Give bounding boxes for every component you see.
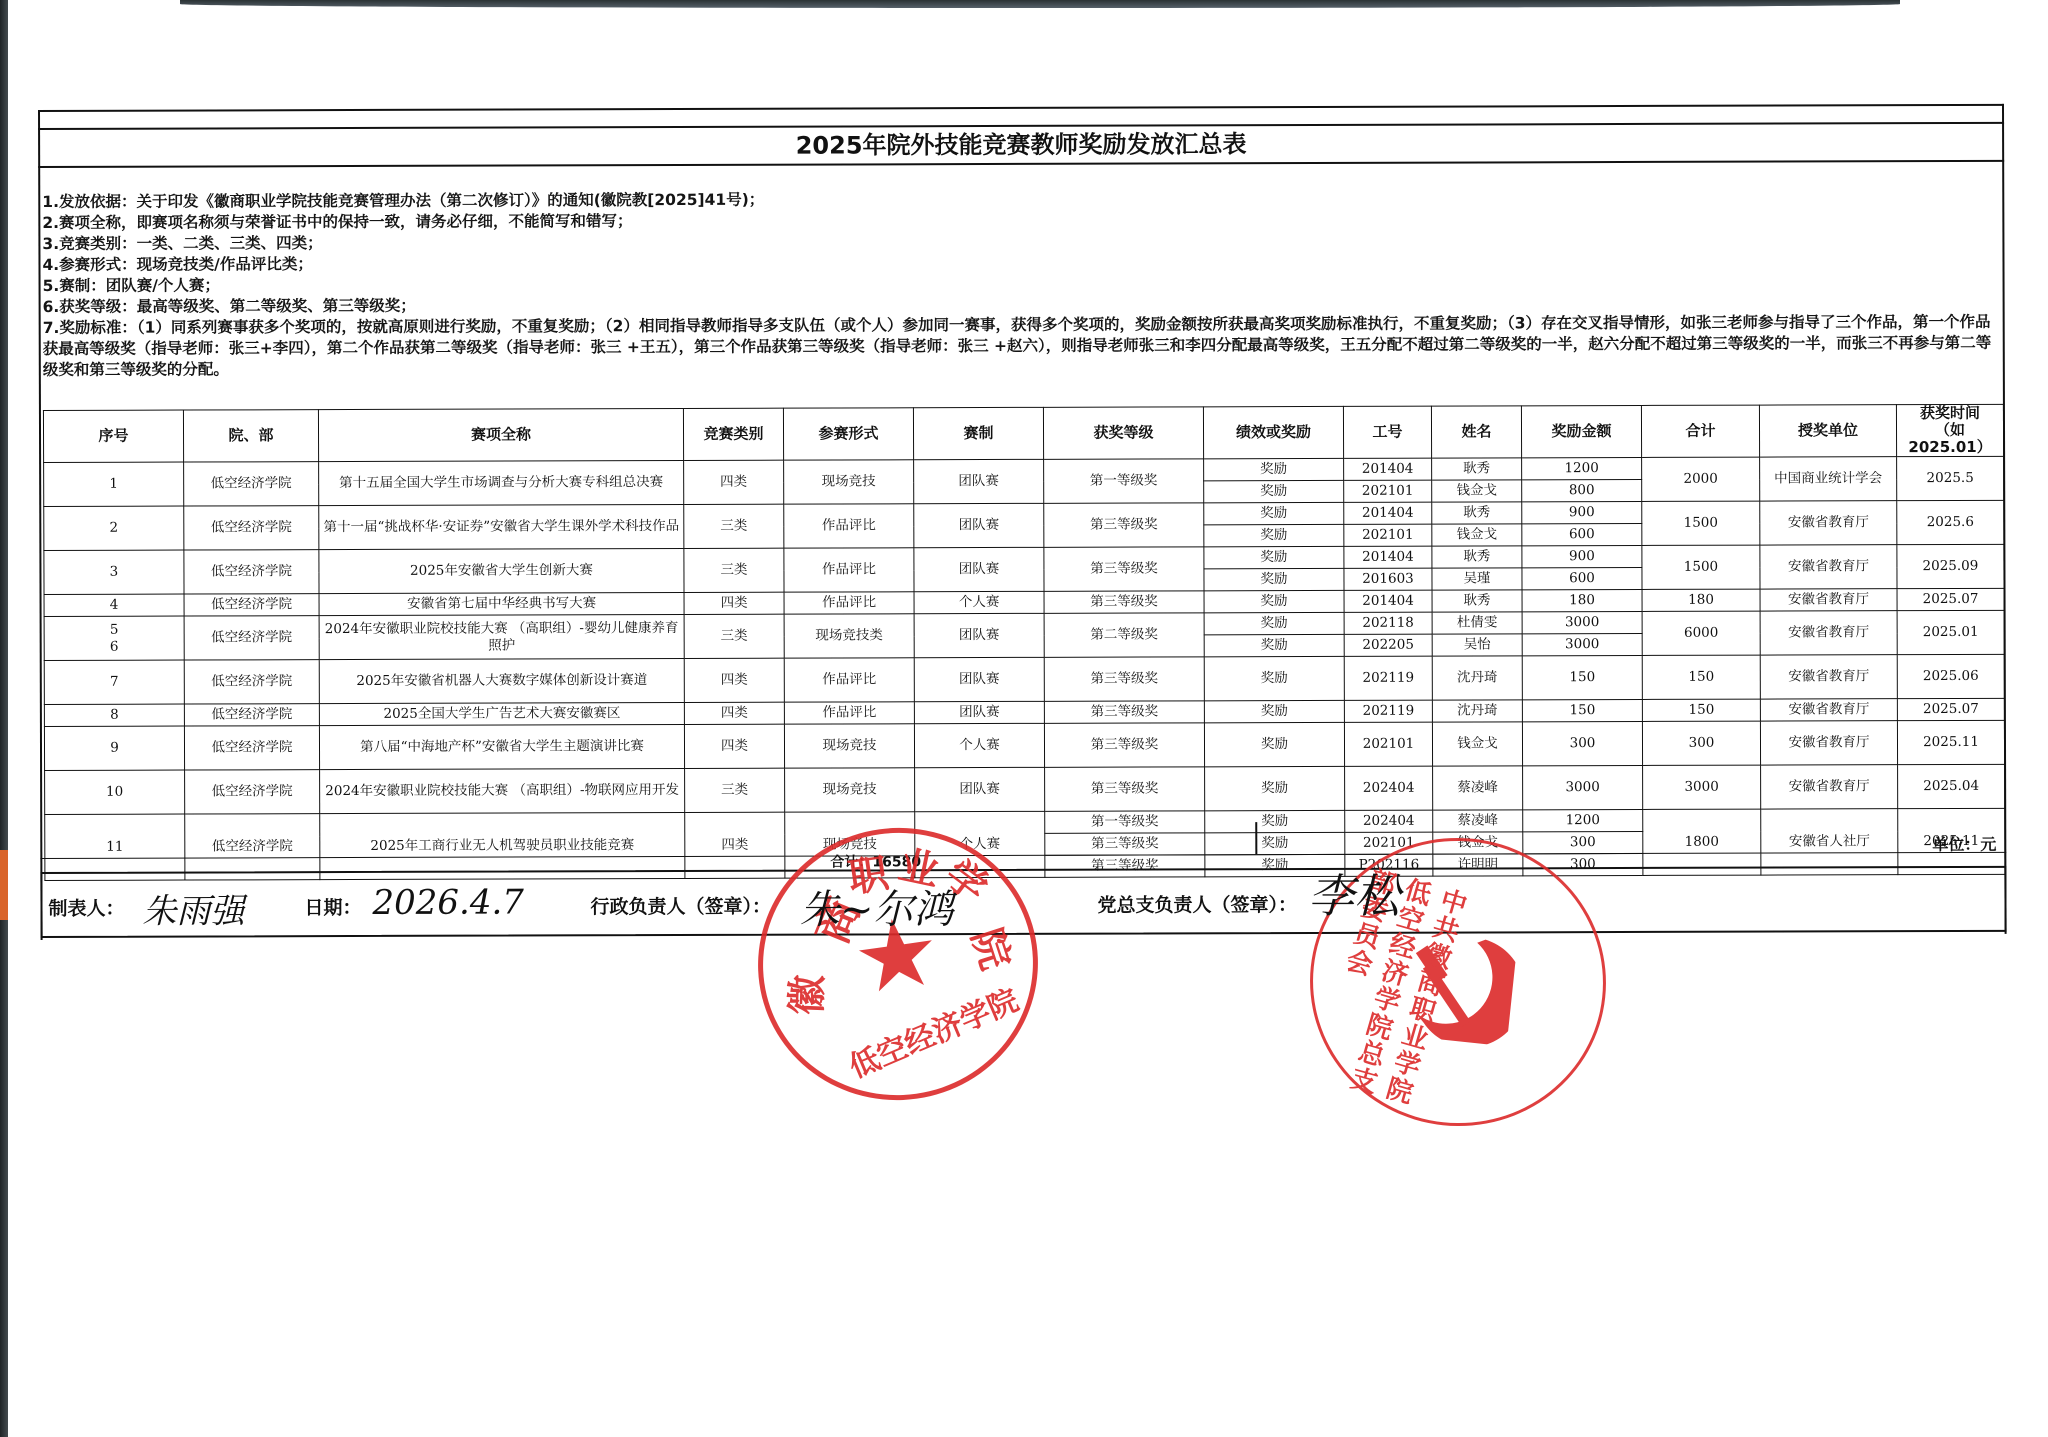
amount-cell: 300 xyxy=(1523,831,1643,853)
event-name-cell: 第八届“中海地产杯”安徽省大学生主题演讲比赛 xyxy=(319,724,684,769)
category-cell: 三类 xyxy=(684,614,784,658)
staff-id-cell: 201404 xyxy=(1344,590,1432,612)
event-name-cell: 2025年安徽省大学生创新大赛 xyxy=(319,548,684,593)
table-row: 7低空经济学院2025年安徽省机器人大赛数字媒体创新设计赛道四类作品评比团队赛第… xyxy=(44,654,2004,704)
subtotal-cell: 150 xyxy=(1642,655,1760,699)
staff-id-cell: 202118 xyxy=(1344,612,1432,634)
table-row: 9低空经济学院第八届“中海地产杯”安徽省大学生主题演讲比赛四类现场竞技个人赛第三… xyxy=(44,720,2004,770)
dept-cell: 低空经济学院 xyxy=(184,462,319,506)
amount-cell: 1200 xyxy=(1523,809,1643,831)
dept-cell: 低空经济学院 xyxy=(185,814,320,880)
award-level-cell: 第三等级奖 xyxy=(1045,833,1205,856)
seq-cell: 5 6 xyxy=(44,616,184,660)
staff-id-cell: 202101 xyxy=(1344,524,1432,546)
seq-cell: 9 xyxy=(44,726,184,770)
column-header: 获奖等级 xyxy=(1043,407,1203,460)
award-level-cell: 第一等级奖 xyxy=(1045,811,1205,834)
name-cell: 钱佥戈 xyxy=(1432,722,1522,766)
date-label: 日期： xyxy=(304,893,361,920)
category-cell: 四类 xyxy=(685,812,785,878)
name-cell: 耿秀 xyxy=(1432,546,1522,568)
amount-cell: 300 xyxy=(1522,721,1642,765)
staff-id-cell: 201603 xyxy=(1344,568,1432,590)
staff-id-cell: 202205 xyxy=(1344,634,1432,656)
subtotal-cell: 6000 xyxy=(1642,611,1760,655)
party-signature: 李松 xyxy=(1308,860,1400,926)
category-cell: 四类 xyxy=(684,658,784,702)
amount-cell: 1200 xyxy=(1522,457,1642,479)
seq-cell: 1 xyxy=(44,462,184,506)
staff-id-cell: 201404 xyxy=(1344,502,1432,524)
amount-cell: 150 xyxy=(1522,655,1642,699)
name-cell: 吴怡 xyxy=(1432,634,1522,656)
reward-type-cell: 奖励 xyxy=(1204,524,1344,546)
category-cell: 三类 xyxy=(685,768,785,812)
admin-signature: 朱~尔鸿 xyxy=(800,878,954,935)
name-cell: 沈丹琦 xyxy=(1432,656,1522,700)
amount-cell: 150 xyxy=(1522,699,1642,721)
dept-cell: 低空经济学院 xyxy=(184,704,319,726)
column-header: 序号 xyxy=(43,410,183,462)
form-cell: 现场竞技 xyxy=(784,460,914,504)
table-header-row: 序号院、部赛项全称竞赛类别参赛形式赛制获奖等级绩效或奖励工号姓名奖励金额合计授奖… xyxy=(43,404,2003,462)
admin-sign-label: 行政负责人（签章）： xyxy=(590,892,771,920)
stamp-char: 院 xyxy=(960,920,1027,976)
award-date-cell: 2025.04 xyxy=(1898,764,2005,808)
amount-cell: 800 xyxy=(1522,479,1642,501)
reward-type-cell: 奖励 xyxy=(1204,568,1344,590)
dept-cell: 低空经济学院 xyxy=(184,660,319,704)
award-date-cell: 2025.6 xyxy=(1897,500,2004,544)
category-cell: 三类 xyxy=(684,504,784,548)
issuer-cell: 安徽省教育厅 xyxy=(1760,655,1897,699)
dept-cell: 低空经济学院 xyxy=(185,770,320,814)
seq-cell: 8 xyxy=(44,704,184,726)
amount-cell: 3000 xyxy=(1522,611,1642,633)
name-cell: 吴瑾 xyxy=(1432,568,1522,590)
reward-type-cell: 奖励 xyxy=(1204,502,1344,524)
form-cell: 作品评比 xyxy=(784,592,914,614)
award-date-cell: 2025.11 xyxy=(1897,720,2004,764)
note-item: 7.奖励标准：（1）同系列赛事获多个奖项的，按就高原则进行奖励，不重复奖励；（2… xyxy=(43,312,1997,381)
issuer-cell: 安徽省教育厅 xyxy=(1760,721,1897,765)
form-cell: 作品评比 xyxy=(784,658,914,702)
stamp-char: 徽 xyxy=(775,974,833,1016)
event-name-cell: 2025全国大学生广告艺术大赛安徽赛区 xyxy=(319,702,684,725)
amount-cell: 180 xyxy=(1522,589,1642,611)
award-level-cell: 第三等级奖 xyxy=(1044,701,1204,724)
event-name-cell: 2024年安徽职业院校技能大赛 （高职组）-婴幼儿健康养育照护 xyxy=(319,614,684,659)
reward-type-cell: 奖励 xyxy=(1204,480,1344,502)
seq-cell: 4 xyxy=(44,594,184,616)
reward-type-cell: 奖励 xyxy=(1204,612,1344,634)
amount-cell: 600 xyxy=(1522,523,1642,545)
background-object xyxy=(0,850,8,920)
issuer-cell: 中国商业统计学会 xyxy=(1760,457,1897,501)
reward-type-cell: 奖励 xyxy=(1205,810,1345,832)
dept-cell: 低空经济学院 xyxy=(184,550,319,594)
system-cell: 个人赛 xyxy=(914,591,1044,613)
award-level-cell: 第三等级奖 xyxy=(1044,723,1204,768)
system-cell: 个人赛 xyxy=(914,723,1044,767)
seq-cell: 3 xyxy=(44,550,184,594)
amount-cell: 3000 xyxy=(1522,633,1642,655)
system-cell: 团队赛 xyxy=(914,459,1044,503)
reward-type-cell: 奖励 xyxy=(1204,722,1344,766)
staff-id-cell: 202101 xyxy=(1344,722,1432,766)
issuer-cell: 安徽省教育厅 xyxy=(1761,765,1898,809)
award-level-cell: 第三等级奖 xyxy=(1044,547,1204,592)
award-level-cell: 第三等级奖 xyxy=(1044,657,1204,702)
column-header: 赛项全称 xyxy=(318,408,683,461)
amount-cell: 900 xyxy=(1522,501,1642,523)
reward-type-cell: 奖励 xyxy=(1204,634,1344,656)
seq-cell: 7 xyxy=(44,660,184,704)
category-cell: 四类 xyxy=(684,592,784,614)
maker-label: 制表人： xyxy=(48,894,124,921)
date-value: 2026.4.7 xyxy=(372,882,524,922)
reward-type-cell: 奖励 xyxy=(1204,656,1344,700)
notes-section: 1.发放依据：关于印发《徽商职业学院技能竞赛管理办法（第二次修订）》的通知(徽院… xyxy=(42,186,1997,381)
table-row: 10低空经济学院2024年安徽职业院校技能大赛 （高职组）-物联网应用开发三类现… xyxy=(45,764,2005,814)
amount-cell: 600 xyxy=(1522,567,1642,589)
form-cell: 现场竞技 xyxy=(785,768,915,812)
reward-table: 序号院、部赛项全称竞赛类别参赛形式赛制获奖等级绩效或奖励工号姓名奖励金额合计授奖… xyxy=(43,404,2005,881)
award-date-cell: 2025.5 xyxy=(1897,456,2004,500)
name-cell: 杜倩雯 xyxy=(1432,612,1522,634)
award-level-cell: 第一等级奖 xyxy=(1044,459,1204,504)
event-name-cell: 第十一届“挑战杯华·安证券”安徽省大学生课外学术科技作品 xyxy=(319,504,684,549)
dept-cell: 低空经济学院 xyxy=(184,594,319,616)
name-cell: 耿秀 xyxy=(1432,590,1522,612)
award-level-cell: 第三等级奖 xyxy=(1044,503,1204,548)
award-date-cell: 2025.09 xyxy=(1897,544,2004,588)
document-title: 2025年院外技能竞赛教师奖励发放汇总表 xyxy=(38,122,2004,168)
name-cell: 耿秀 xyxy=(1432,502,1522,524)
event-name-cell: 2025年安徽省机器人大赛数字媒体创新设计赛道 xyxy=(319,658,684,703)
issuer-cell: 安徽省教育厅 xyxy=(1760,501,1897,545)
column-header: 参赛形式 xyxy=(783,408,913,460)
subtotal-cell: 1800 xyxy=(1643,809,1761,875)
system-cell: 团队赛 xyxy=(914,503,1044,547)
seq-cell: 11 xyxy=(45,814,185,880)
event-name-cell: 2024年安徽职业院校技能大赛 （高职组）-物联网应用开发 xyxy=(320,768,685,813)
photo-left-edge xyxy=(0,0,8,1437)
system-cell: 团队赛 xyxy=(915,767,1045,811)
issuer-cell: 安徽省教育厅 xyxy=(1760,545,1897,589)
column-header: 姓名 xyxy=(1431,406,1521,458)
dept-cell: 低空经济学院 xyxy=(184,726,319,770)
dept-cell: 低空经济学院 xyxy=(184,506,319,550)
award-level-cell: 第三等级奖 xyxy=(1044,591,1204,614)
name-cell: 蔡凌峰 xyxy=(1433,766,1523,810)
photo-top-shadow xyxy=(180,0,1900,8)
name-cell: 蔡凌峰 xyxy=(1433,810,1523,832)
category-cell: 四类 xyxy=(684,724,784,768)
column-header: 获奖时间 （如2025.01） xyxy=(1896,404,2003,456)
dept-cell: 低空经济学院 xyxy=(184,616,319,660)
award-level-cell: 第二等级奖 xyxy=(1044,613,1204,658)
award-date-cell: 2025.01 xyxy=(1897,610,2004,654)
form-cell: 作品评比 xyxy=(784,548,914,592)
subtotal-cell: 180 xyxy=(1642,589,1760,611)
form-cell: 现场竞技类 xyxy=(784,614,914,658)
award-date-cell: 2025.07 xyxy=(1897,588,2004,610)
divider xyxy=(1255,822,1257,854)
award-date-cell: 2025.07 xyxy=(1897,698,2004,720)
column-header: 竞赛类别 xyxy=(683,408,783,460)
award-date-cell: 2025.06 xyxy=(1897,654,2004,698)
name-cell: 钱佥戈 xyxy=(1432,480,1522,502)
staff-id-cell: 202404 xyxy=(1345,766,1433,810)
seq-cell: 10 xyxy=(45,770,185,814)
name-cell: 沈丹琦 xyxy=(1432,700,1522,722)
staff-id-cell: 202119 xyxy=(1344,700,1432,722)
staff-id-cell: 202101 xyxy=(1344,480,1432,502)
seq-cell: 2 xyxy=(44,506,184,550)
amount-cell: 3000 xyxy=(1523,765,1643,809)
issuer-cell: 安徽省教育厅 xyxy=(1760,699,1897,721)
staff-id-cell: 201404 xyxy=(1344,546,1432,568)
subtotal-cell: 2000 xyxy=(1642,457,1760,501)
staff-id-cell: 202119 xyxy=(1344,656,1432,700)
column-header: 授奖单位 xyxy=(1759,405,1896,457)
column-header: 工号 xyxy=(1343,406,1431,458)
system-cell: 团队赛 xyxy=(914,547,1044,591)
system-cell: 团队赛 xyxy=(914,701,1044,723)
issuer-cell: 安徽省人社厅 xyxy=(1761,809,1898,875)
amount-cell: 900 xyxy=(1522,545,1642,567)
reward-type-cell: 奖励 xyxy=(1204,458,1344,480)
party-sign-label: 党总支负责人（签章）： xyxy=(1097,890,1297,918)
column-header: 合计 xyxy=(1641,405,1759,457)
system-cell: 团队赛 xyxy=(914,613,1044,657)
issuer-cell: 安徽省教育厅 xyxy=(1760,589,1897,611)
subtotal-cell: 1500 xyxy=(1642,545,1760,589)
subtotal-cell: 300 xyxy=(1642,721,1760,765)
reward-type-cell: 奖励 xyxy=(1204,546,1344,568)
event-name-cell: 第十五届全国大学生市场调查与分析大赛专科组总决赛 xyxy=(319,460,684,505)
reward-type-cell: 奖励 xyxy=(1204,700,1344,722)
subtotal-cell: 150 xyxy=(1642,699,1760,721)
form-cell: 作品评比 xyxy=(784,702,914,724)
summary-sheet: 2025年院外技能竞赛教师奖励发放汇总表 1.发放依据：关于印发《徽商职业学院技… xyxy=(38,104,2007,940)
reward-type-cell: 奖励 xyxy=(1204,590,1344,612)
name-cell: 耿秀 xyxy=(1432,458,1522,480)
category-cell: 四类 xyxy=(684,460,784,504)
column-header: 奖励金额 xyxy=(1521,405,1641,457)
subtotal-cell: 3000 xyxy=(1643,765,1761,809)
staff-id-cell: 202404 xyxy=(1345,810,1433,832)
form-cell: 作品评比 xyxy=(784,504,914,548)
column-header: 院、部 xyxy=(183,410,318,462)
event-name-cell: 安徽省第七届中华经典书写大赛 xyxy=(319,592,684,615)
subtotal-cell: 1500 xyxy=(1642,501,1760,545)
reward-type-cell: 奖励 xyxy=(1205,832,1345,854)
name-cell: 钱佥戈 xyxy=(1432,524,1522,546)
system-cell: 团队赛 xyxy=(914,657,1044,701)
maker-signature: 朱雨强 xyxy=(142,883,244,932)
column-header: 赛制 xyxy=(913,407,1043,459)
award-level-cell: 第三等级奖 xyxy=(1045,767,1205,812)
category-cell: 四类 xyxy=(684,702,784,724)
issuer-cell: 安徽省教育厅 xyxy=(1760,611,1897,655)
staff-id-cell: 201404 xyxy=(1344,458,1432,480)
column-header: 绩效或奖励 xyxy=(1203,406,1343,458)
reward-type-cell: 奖励 xyxy=(1205,766,1345,810)
form-cell: 现场竞技 xyxy=(784,724,914,768)
category-cell: 三类 xyxy=(684,548,784,592)
